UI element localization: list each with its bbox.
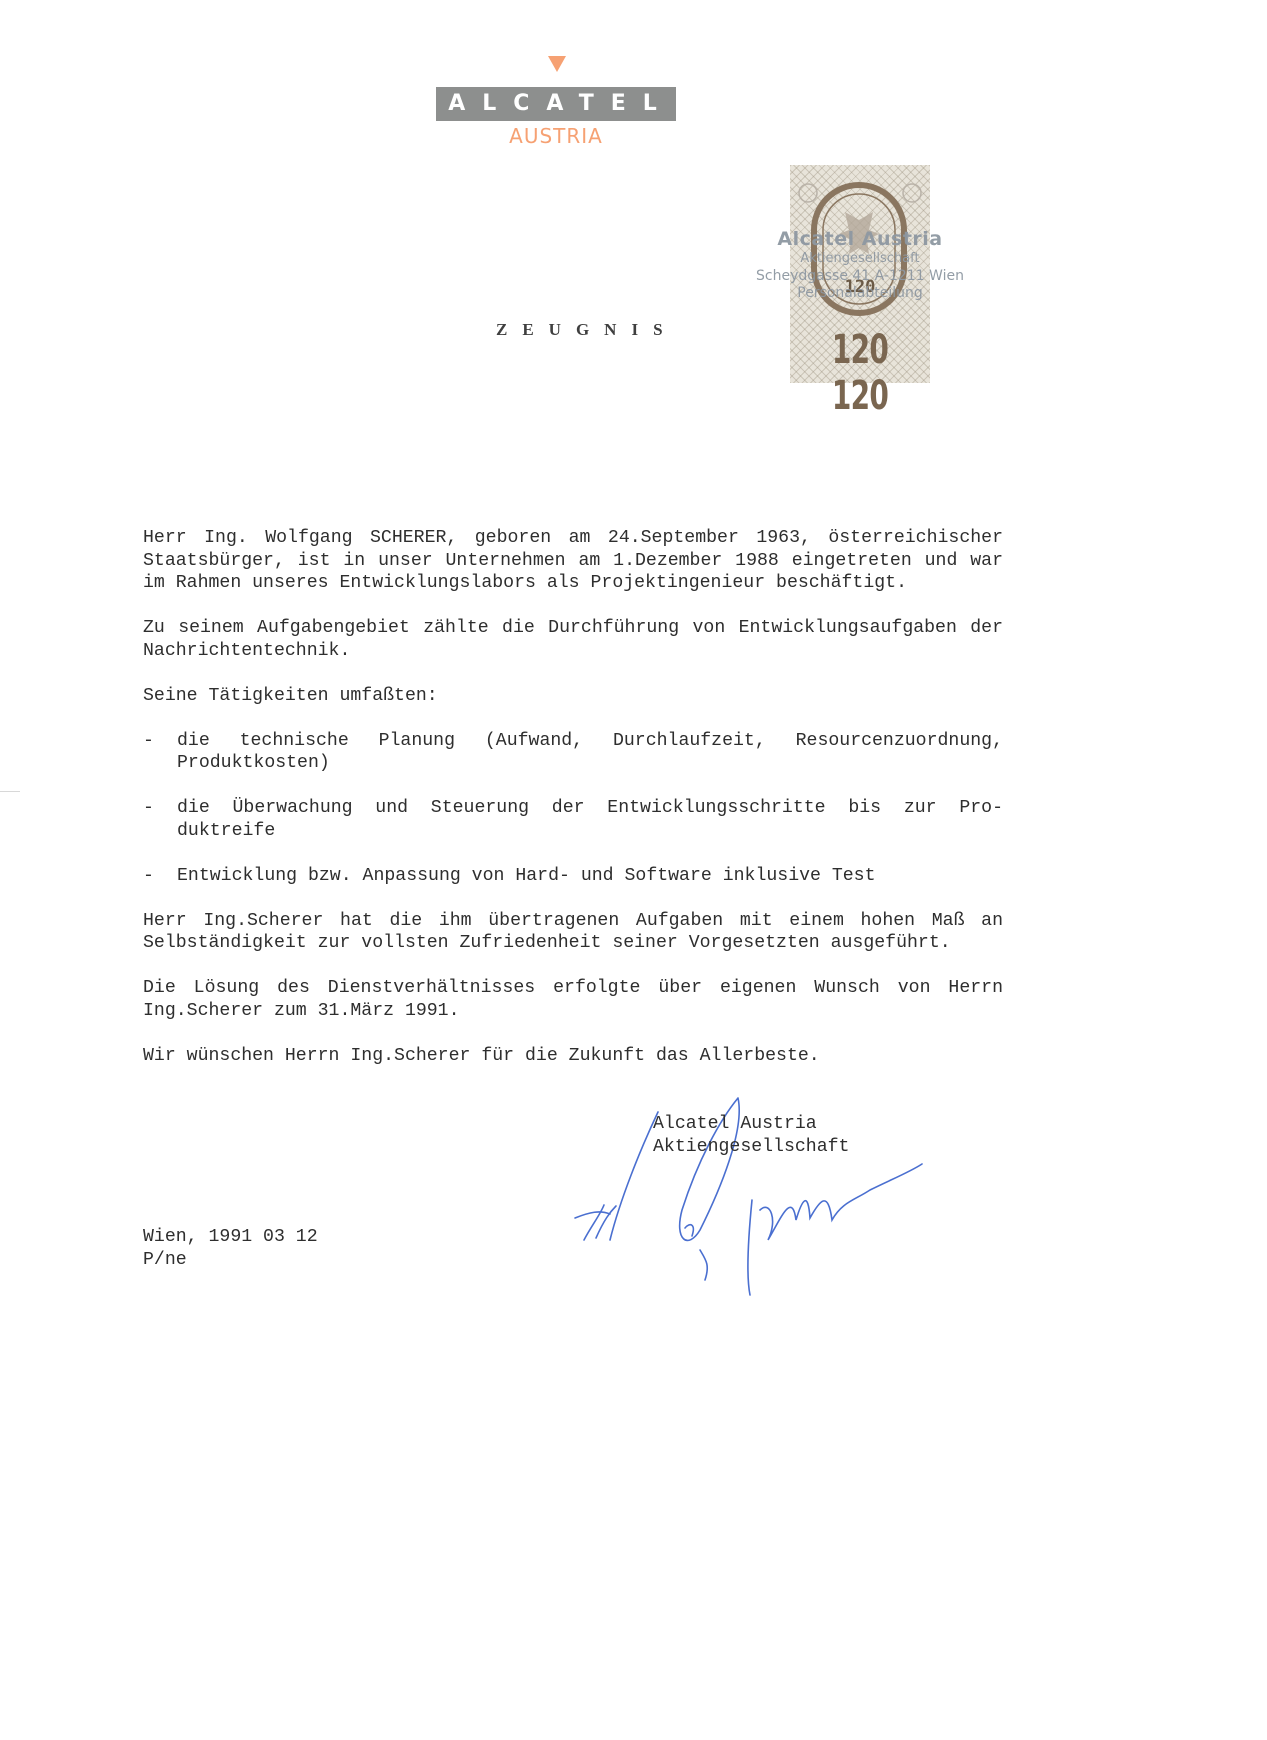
signatory-company: Alcatel Austria (653, 1113, 849, 1136)
activity-list-item: - Entwicklung bzw. Anpassung von Hard- u… (143, 865, 1003, 888)
activity-list-item: - die Überwachung und Steuerung der Entw… (143, 797, 1003, 842)
intro-paragraph: Herr Ing. Wolfgang SCHERER, geboren am 2… (143, 527, 1003, 595)
logo-arrow-icon (548, 56, 566, 72)
activity-text: die Überwachung und Steuerung der Entwic… (177, 797, 1003, 842)
signatory-company-type: Aktiengesellschaft (653, 1136, 849, 1159)
stamp-denomination: 120 120 (811, 327, 909, 419)
termination-paragraph: Die Lösung des Dienstverhältnisses erfol… (143, 977, 1003, 1022)
certificate-page: ALCATEL AUSTRIA 120 120 120 Alcatel Aust… (0, 0, 1267, 1740)
logo-brand: ALCATEL (436, 87, 676, 121)
bullet-dash: - (143, 865, 177, 888)
document-title: ZEUGNIS (496, 320, 678, 340)
bullet-dash: - (143, 730, 177, 775)
stamp-company-type: Aktiengesellschaft (745, 251, 975, 266)
bullet-dash: - (143, 797, 177, 842)
stamp-company-name: Alcatel Austria (745, 228, 975, 250)
activity-text: die technische Planung (Aufwand, Durchla… (177, 730, 1003, 775)
activity-text: Entwicklung bzw. Anpassung von Hard- und… (177, 865, 1003, 888)
edge-mark (0, 791, 20, 792)
reference-code: P/ne (143, 1249, 318, 1272)
date-block: Wien, 1991 03 12 P/ne (143, 1226, 318, 1271)
company-rubber-stamp: Alcatel Austria Aktiengesellschaft Schey… (745, 228, 975, 301)
activities-heading: Seine Tätigkeiten umfaßten: (143, 685, 1003, 708)
place-date: Wien, 1991 03 12 (143, 1226, 318, 1249)
stamp-department: Personalabteilung (745, 285, 975, 301)
signature-block: Alcatel Austria Aktiengesellschaft (653, 1113, 849, 1158)
activity-list-item: - die technische Planung (Aufwand, Durch… (143, 730, 1003, 775)
document-body: Herr Ing. Wolfgang SCHERER, geboren am 2… (143, 527, 1003, 1090)
stamp-company-address: Scheydgasse 41 A-1211 Wien (745, 268, 975, 284)
farewell-paragraph: Wir wünschen Herrn Ing.Scherer für die Z… (143, 1045, 1003, 1068)
logo-subbrand: AUSTRIA (436, 124, 676, 148)
responsibility-paragraph: Zu seinem Aufgabengebiet zählte die Durc… (143, 617, 1003, 662)
evaluation-paragraph: Herr Ing.Scherer hat die ihm übertragene… (143, 910, 1003, 955)
